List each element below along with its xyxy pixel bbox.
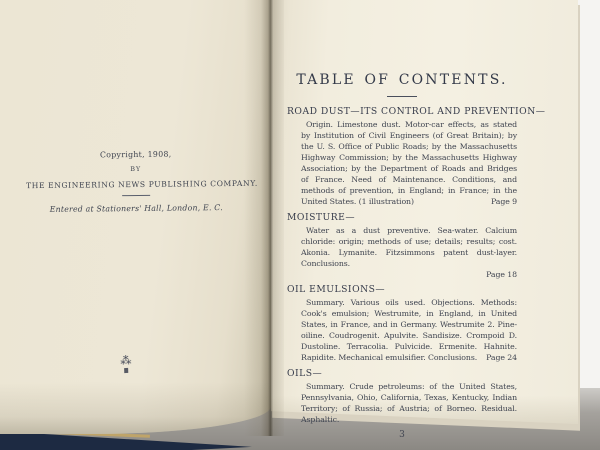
toc-sections: ROAD DUST—ITS CONTROL AND PREVENTION— Or… xyxy=(287,106,517,425)
section-page-ref: Page 9 xyxy=(491,196,517,207)
book-photo: Copyright, 1908, BY THE ENGINEERING NEWS… xyxy=(0,0,600,450)
section-page-ref: Page 24 xyxy=(486,352,517,363)
section-heading: OILS— xyxy=(287,368,517,379)
section-text: Summary. Various oils used. Objections. … xyxy=(301,298,517,362)
section-text: Water as a dust preventive. Sea-water. C… xyxy=(301,226,517,268)
table-of-contents: TABLE OF CONTENTS. ROAD DUST—ITS CONTROL… xyxy=(287,0,517,430)
section-body: Summary. Various oils used. Objections. … xyxy=(301,297,517,363)
copyright-line: Copyright, 1908, xyxy=(26,149,246,160)
title-rule xyxy=(387,96,417,97)
toc-title: TABLE OF CONTENTS. xyxy=(287,72,517,88)
toc-section: OIL EMULSIONS— Summary. Various oils use… xyxy=(287,284,517,363)
copyright-rule xyxy=(122,195,150,196)
section-body: Origin. Limestone dust. Motor-car effect… xyxy=(301,119,517,207)
section-heading: OIL EMULSIONS— xyxy=(287,284,517,295)
section-body: Water as a dust preventive. Sea-water. C… xyxy=(301,225,517,279)
printers-mark-glyph: ⁂ xyxy=(106,356,146,364)
section-heading: ROAD DUST—ITS CONTROL AND PREVENTION— xyxy=(287,106,517,117)
section-text: Summary. Crude petroleums: of the United… xyxy=(301,382,517,424)
section-body: Summary. Crude petroleums: of the United… xyxy=(301,381,517,425)
section-page-ref: Page 18 xyxy=(315,270,517,279)
by-line: BY xyxy=(26,165,246,174)
copyright-block: Copyright, 1908, BY THE ENGINEERING NEWS… xyxy=(26,149,247,214)
toc-section: MOISTURE— Water as a dust preventive. Se… xyxy=(287,212,517,279)
printers-mark-stem xyxy=(124,368,128,373)
printers-mark-icon: ⁂ xyxy=(106,356,147,373)
page-number: 3 xyxy=(287,430,517,440)
publisher-line: THE ENGINEERING NEWS PUBLISHING COMPANY. xyxy=(26,179,246,190)
section-heading: MOISTURE— xyxy=(287,212,517,223)
section-text: Origin. Limestone dust. Motor-car effect… xyxy=(301,120,517,206)
toc-section: OILS— Summary. Crude petroleums: of the … xyxy=(287,368,517,425)
toc-section: ROAD DUST—ITS CONTROL AND PREVENTION— Or… xyxy=(287,106,517,207)
